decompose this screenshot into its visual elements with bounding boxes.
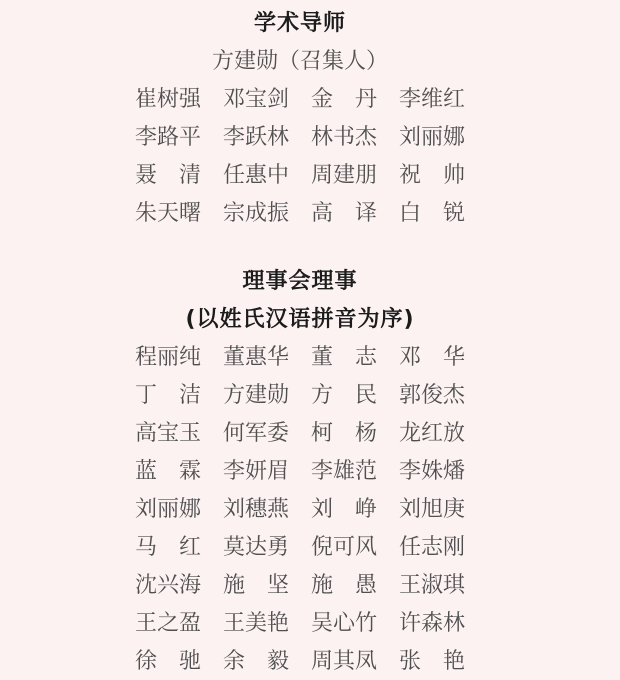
academic-advisors-name-rows: 崔树强 邓宝剑 金 丹 李维红李路平 李跃林 林书杰 刘丽娜聂 清 任惠中 周建… xyxy=(10,81,590,233)
name-row: 李路平 李跃林 林书杰 刘丽娜 xyxy=(10,119,590,157)
name-row: 沈兴海 施 坚 施 愚 王淑琪 xyxy=(10,567,590,605)
section-board-members: 理事会理事 (以姓氏汉语拼音为序) 程丽纯 董惠华 董 志 邓 华丁 洁 方建勋… xyxy=(10,263,590,680)
name-row: 蓝 霖 李妍眉 李雄范 李姝燔 xyxy=(10,453,590,491)
academic-advisors-title: 学术导师 xyxy=(10,5,590,43)
name-row: 刘丽娜 刘穗燕 刘 峥 刘旭庚 xyxy=(10,491,590,529)
board-members-sort-note: (以姓氏汉语拼音为序) xyxy=(10,301,590,339)
section-academic-advisors: 学术导师 方建勋（召集人） 崔树强 邓宝剑 金 丹 李维红李路平 李跃林 林书杰… xyxy=(10,5,590,233)
name-row: 聂 清 任惠中 周建朋 祝 帅 xyxy=(10,157,590,195)
name-row: 王之盈 王美艳 吴心竹 许森林 xyxy=(10,605,590,643)
member-list-page: 学术导师 方建勋（召集人） 崔树强 邓宝剑 金 丹 李维红李路平 李跃林 林书杰… xyxy=(0,0,620,680)
name-row: 徐 驰 余 毅 周其凤 张 艳 xyxy=(10,643,590,680)
name-row: 丁 洁 方建勋 方 民 郭俊杰 xyxy=(10,377,590,415)
name-row: 马 红 莫达勇 倪可风 任志刚 xyxy=(10,529,590,567)
name-row: 程丽纯 董惠华 董 志 邓 华 xyxy=(10,339,590,377)
board-members-title: 理事会理事 xyxy=(10,263,590,301)
name-row: 崔树强 邓宝剑 金 丹 李维红 xyxy=(10,81,590,119)
academic-advisors-convener: 方建勋（召集人） xyxy=(10,43,590,81)
board-members-name-rows: 程丽纯 董惠华 董 志 邓 华丁 洁 方建勋 方 民 郭俊杰高宝玉 何军委 柯 … xyxy=(10,339,590,680)
name-row: 高宝玉 何军委 柯 杨 龙红放 xyxy=(10,415,590,453)
name-row: 朱天曙 宗成振 高 译 白 锐 xyxy=(10,195,590,233)
